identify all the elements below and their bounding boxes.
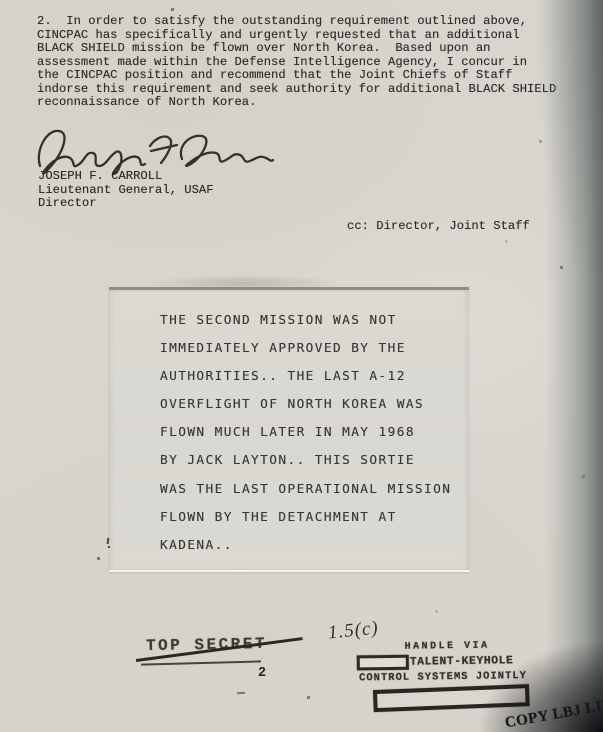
memo-paragraph: 2. In order to satisfy the outstanding r… xyxy=(37,15,556,110)
redaction-box xyxy=(357,655,409,671)
declass-code-handwriting: 1.5(c) xyxy=(327,617,380,644)
note-text: THE SECOND MISSION WAS NOT IMMEDIATELY A… xyxy=(160,307,451,560)
note-line: KADENA.. xyxy=(160,532,451,560)
note-line: FLOWN MUCH LATER IN MAY 1968 xyxy=(160,419,451,447)
signature-block: JOSEPH F. CARROLL Lieutenant General, US… xyxy=(38,170,214,211)
handling-stamp-codeword: TALENT-KEYHOLE xyxy=(410,654,514,668)
note-line: FLOWN BY THE DETACHMENT AT xyxy=(160,504,451,532)
note-line: WAS THE LAST OPERATIONAL MISSION xyxy=(160,476,451,504)
page-number: 2 xyxy=(258,666,266,681)
classification-underline xyxy=(141,660,261,665)
cc-line: cc: Director, Joint Staff xyxy=(347,219,530,233)
handling-stamp-line3: CONTROL SYSTEMS JOINTLY xyxy=(359,670,562,685)
pen-dash xyxy=(237,692,245,695)
note-line: THE SECOND MISSION WAS NOT xyxy=(160,307,451,335)
signer-title: Director xyxy=(38,197,214,211)
note-line: AUTHORITIES.. THE LAST A-12 xyxy=(160,363,451,391)
scan-edge-shadow xyxy=(545,0,603,732)
pen-mark xyxy=(97,557,100,560)
taped-note: THE SECOND MISSION WAS NOT IMMEDIATELY A… xyxy=(109,287,469,572)
signer-rank: Lieutenant General, USAF xyxy=(38,184,214,198)
handling-stamp-line1: HANDLE VIA xyxy=(405,640,562,653)
note-line: IMMEDIATELY APPROVED BY THE xyxy=(160,335,451,363)
paper-specks xyxy=(0,0,1,1)
redaction-box xyxy=(373,684,530,712)
note-line: BY JACK LAYTON.. THIS SORTIE xyxy=(160,447,451,475)
note-line: OVERFLIGHT OF NORTH KOREA WAS xyxy=(160,391,451,419)
signer-name: JOSEPH F. CARROLL xyxy=(38,170,214,184)
scanned-memo-page: { "page": { "paragraph": "2. In order to… xyxy=(0,0,603,732)
handling-stamp: HANDLE VIA TALENT-KEYHOLE CONTROL SYSTEM… xyxy=(357,640,563,711)
pen-mark xyxy=(108,546,110,548)
